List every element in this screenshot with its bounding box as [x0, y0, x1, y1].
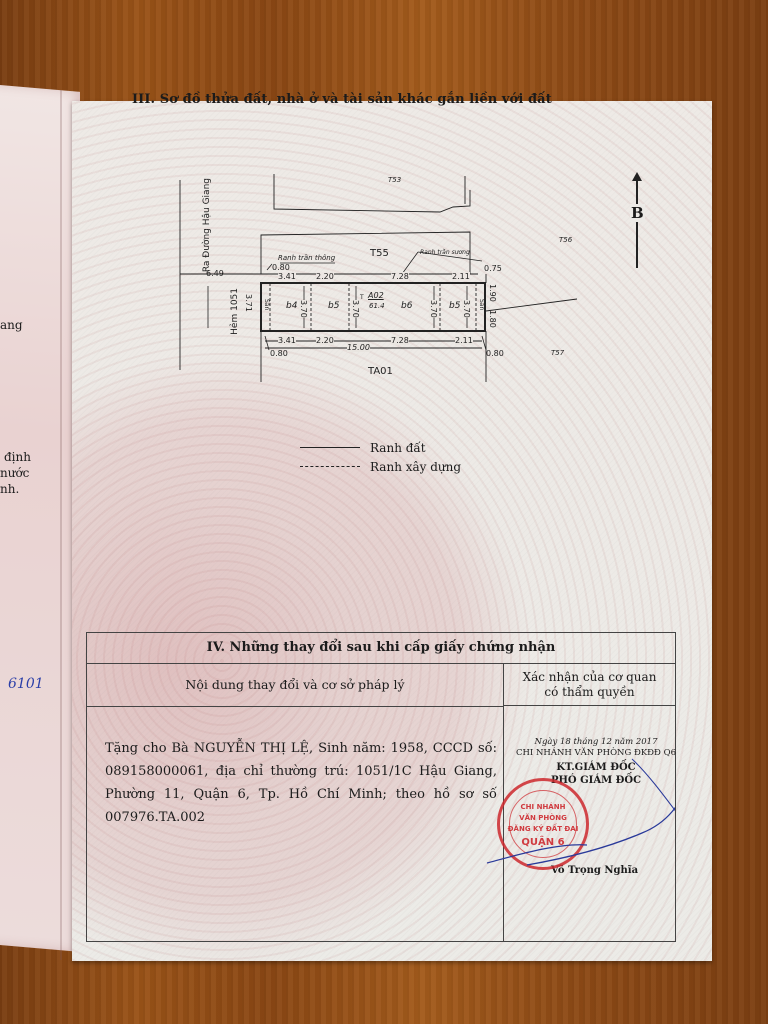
- parcel-label-t53: T53: [388, 176, 401, 184]
- dimension-width-inner: 3.70: [462, 300, 471, 318]
- legend-label: Ranh xây dựng: [370, 460, 461, 474]
- column-header-confirmation: Xác nhận của cơ quan có thẩm quyền: [504, 664, 675, 706]
- left-page-fragment: định: [4, 450, 31, 464]
- dimension-top: 0.75: [484, 264, 502, 273]
- column-header-line: Xác nhận của cơ quan: [504, 670, 675, 685]
- confirmation-role: KT.GIÁM ĐỐC: [511, 762, 681, 773]
- column-header-content: Nội dung thay đổi và cơ sở pháp lý: [87, 664, 504, 707]
- subject-parcel: A02: [368, 291, 384, 300]
- page-fold: [60, 90, 62, 960]
- yard-label: Sân: [478, 299, 485, 310]
- dimension-top: 2.20: [316, 272, 334, 281]
- dimension-width-right-top: 1.90: [488, 284, 497, 302]
- dimension-width-inner: 3.70: [429, 300, 438, 318]
- seal-text: QUẬN 6: [500, 837, 586, 848]
- section-iii-title: III. Sơ đồ thửa đất, nhà ở và tài sản kh…: [132, 92, 552, 107]
- dimension-total-length: 15.00: [347, 343, 370, 352]
- room-label: b5: [449, 301, 460, 311]
- room-label: b5: [328, 301, 339, 311]
- dimension-width-left: 3.71: [244, 294, 253, 312]
- boundary-note-right: Ranh trần sương: [420, 249, 470, 256]
- room-label: b4: [286, 301, 297, 311]
- seal-text: CHI NHÁNH: [500, 803, 586, 811]
- dashed-line-icon: [300, 466, 360, 467]
- column-header-line: có thẩm quyền: [504, 685, 675, 700]
- signer-name: Võ Trọng Nghĩa: [551, 865, 638, 876]
- seal-text: VĂN PHÒNG: [500, 814, 586, 822]
- change-entry-text: Tặng cho Bà NGUYỄN THỊ LỆ, Sinh năm: 195…: [105, 737, 497, 829]
- parcel-label-t55: T55: [370, 248, 389, 259]
- parcel-label-ta01: TA01: [368, 366, 393, 377]
- dimension-width-inner: 3.70: [299, 300, 308, 318]
- room-label: b6: [401, 301, 412, 311]
- parcel-label-t57: T57: [551, 349, 564, 357]
- alley-label: Hẻm 1051: [230, 288, 240, 335]
- road-label: Ra Đường Hậu Giang: [202, 178, 212, 272]
- parcel-label-t56: T56: [559, 236, 572, 244]
- dimension-top: 7.28: [391, 272, 409, 281]
- dimension-bottom: 7.28: [391, 336, 409, 345]
- plan-legend: Ranh đất Ranh xây dựng: [300, 438, 461, 476]
- left-page-edge: [0, 84, 80, 952]
- legend-label: Ranh đất: [370, 441, 426, 455]
- section-iv-title: IV. Những thay đổi sau khi cấp giấy chứn…: [87, 633, 675, 664]
- north-label: B: [630, 204, 645, 222]
- confirmation-office: CHI NHÁNH VĂN PHÒNG ĐKĐĐ Q6: [511, 748, 681, 758]
- official-seal-icon: CHI NHÁNH VĂN PHÒNG ĐĂNG KÝ ĐẤT ĐAI QUẬN…: [497, 778, 589, 870]
- legend-item-land-boundary: Ranh đất: [300, 438, 461, 457]
- dimension-width-inner: 3.70: [351, 300, 360, 318]
- legend-item-building-boundary: Ranh xây dựng: [300, 457, 461, 476]
- site-plan-drawing: [170, 160, 670, 400]
- left-page-fragment: nước: [0, 466, 29, 480]
- dimension-bottom-offset: 0.80: [270, 349, 288, 358]
- boundary-note-left: Ranh trần thông: [278, 254, 335, 262]
- dimension-left-offset: 6.49: [206, 269, 224, 278]
- dimension-width-right-bottom: 1.80: [488, 310, 497, 328]
- handwritten-mark: 6101: [8, 676, 44, 692]
- dimension-top: 2.11: [452, 272, 470, 281]
- subject-area: 61.4: [369, 302, 385, 310]
- yard-label: Sân: [263, 299, 270, 310]
- subject-prefix: T: [360, 294, 364, 301]
- dimension-top: 3.41: [278, 272, 296, 281]
- left-page-fragment: nh.: [0, 482, 19, 496]
- seal-text: ĐĂNG KÝ ĐẤT ĐAI: [500, 825, 586, 833]
- confirmation-date: Ngày 18 tháng 12 năm 2017: [511, 737, 681, 747]
- dimension-bottom-offset: 0.80: [486, 349, 504, 358]
- solid-line-icon: [300, 447, 360, 448]
- dimension-bottom: 2.20: [316, 336, 334, 345]
- north-arrow-icon: [636, 178, 638, 268]
- changes-table: IV. Những thay đổi sau khi cấp giấy chứn…: [86, 632, 676, 942]
- site-plan: Ra Đường Hậu Giang Hẻm 1051 T53 T55 T56 …: [170, 160, 670, 400]
- left-page-fragment: ang: [0, 318, 23, 332]
- dimension-bottom: 3.41: [278, 336, 296, 345]
- dimension-bottom: 2.11: [455, 336, 473, 345]
- dimension-top: 0.80: [272, 263, 290, 272]
